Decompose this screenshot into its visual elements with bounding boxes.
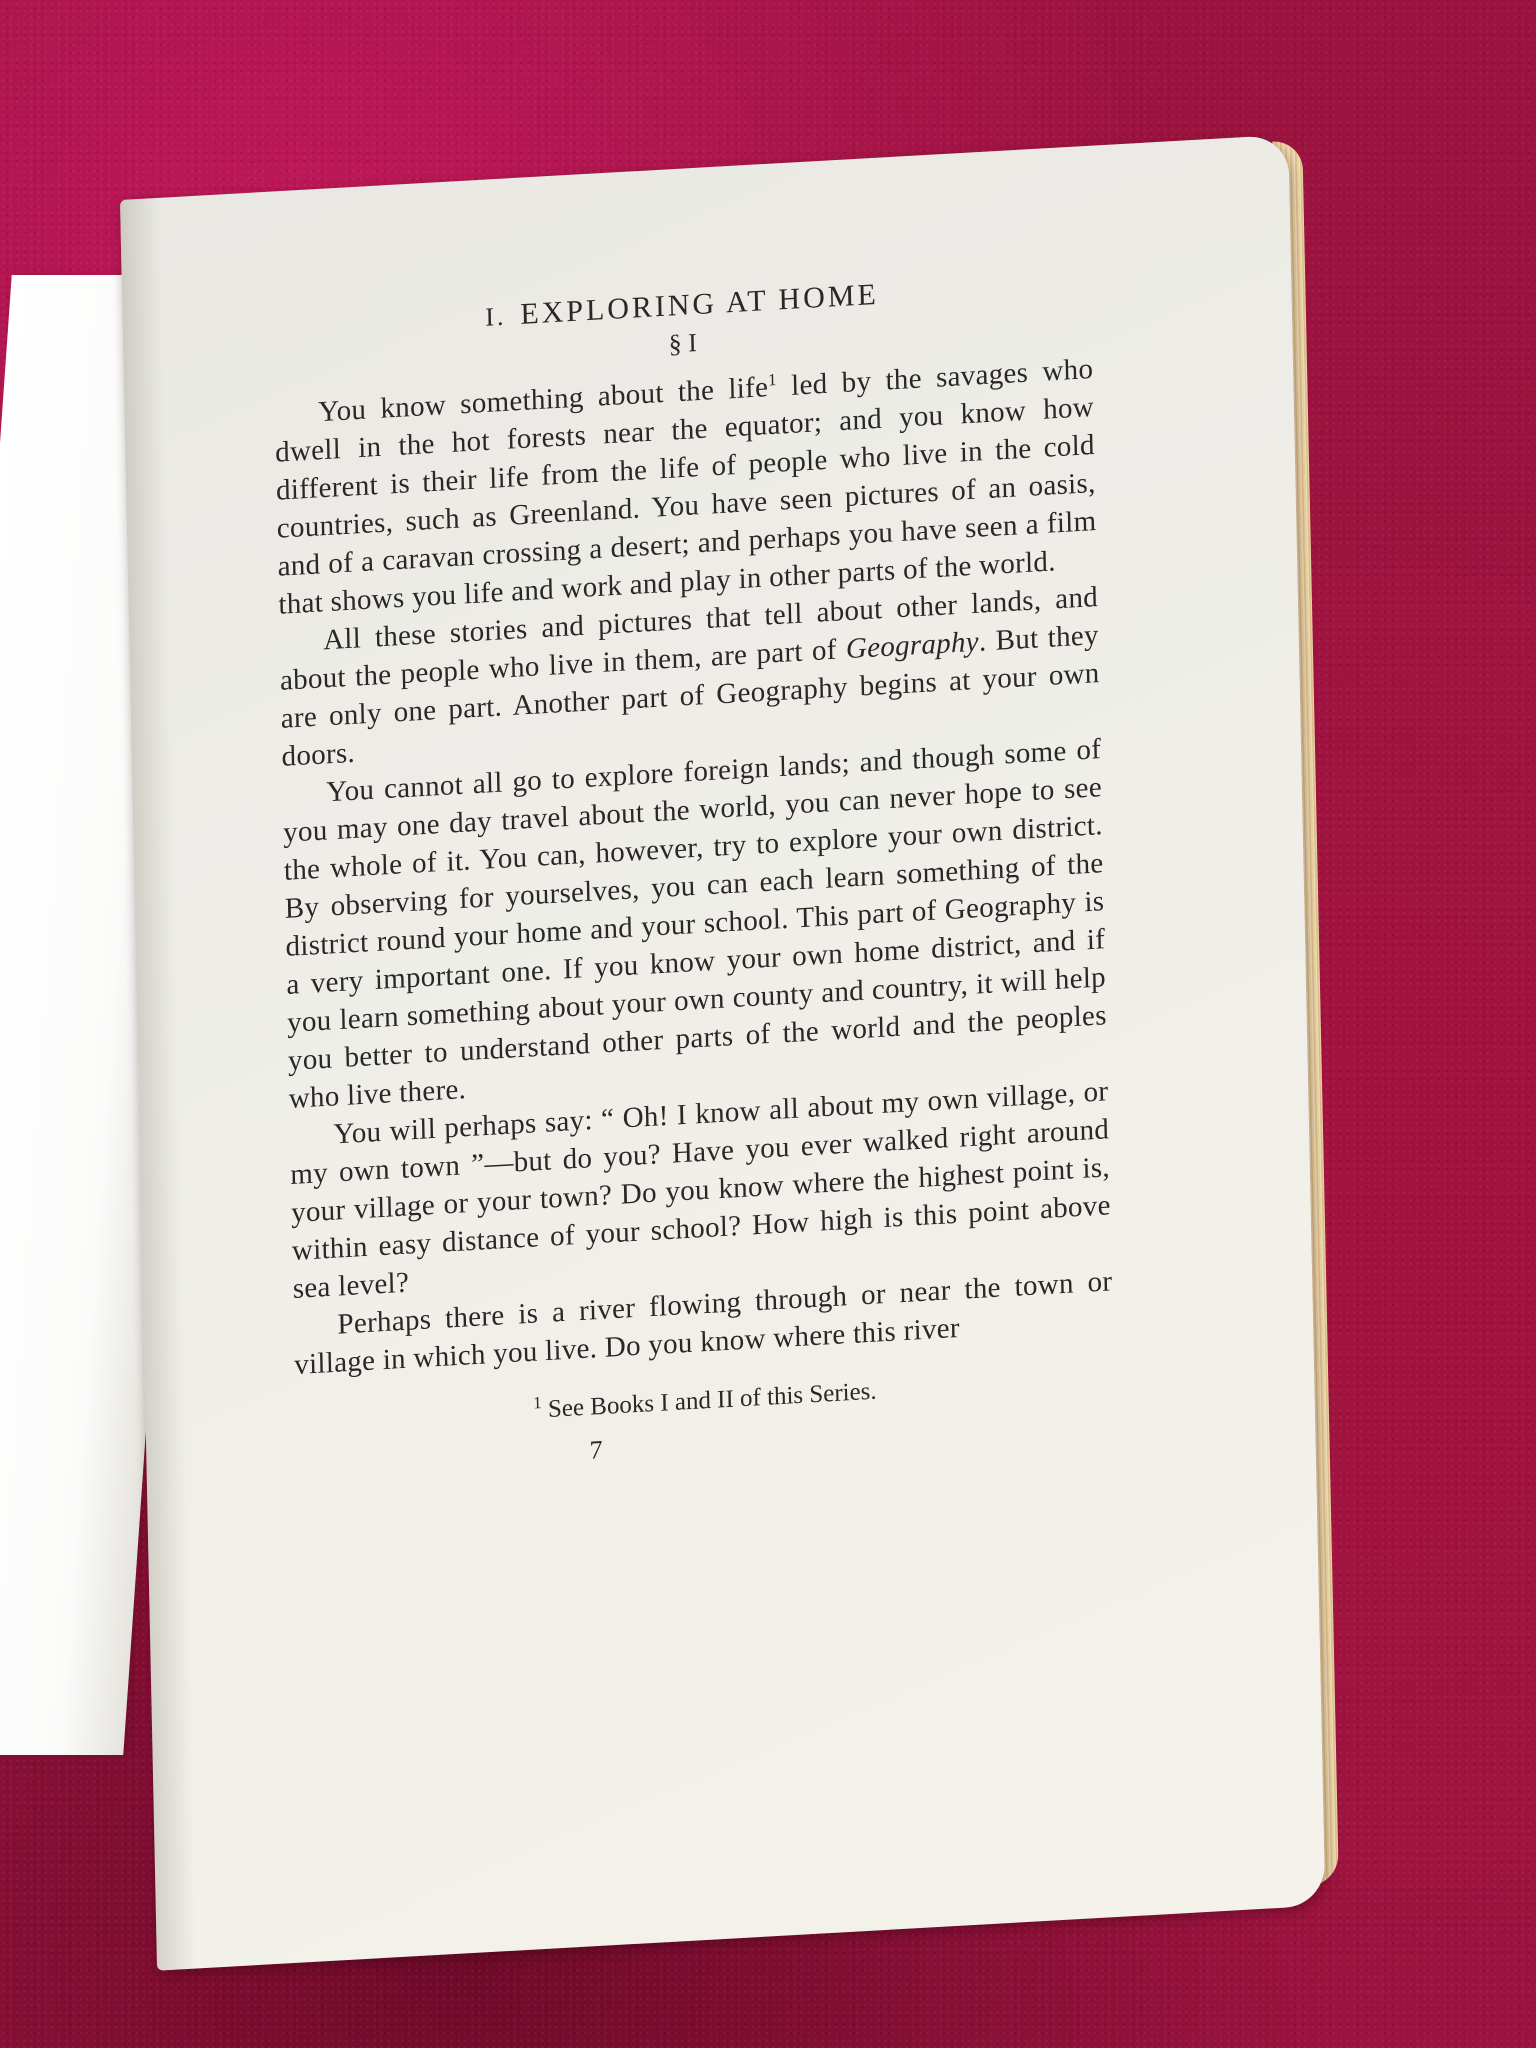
book-page: I.EXPLORING AT HOME § I You know somethi… — [120, 135, 1325, 1971]
footnote-text: See Books I and II of this Series. — [541, 1378, 876, 1424]
footnote-marker: 1 — [533, 1393, 542, 1412]
paragraph-3: You cannot all go to explore foreign lan… — [282, 730, 1108, 1118]
book: I.EXPLORING AT HOME § I You know somethi… — [120, 135, 1325, 1971]
emphasis-geography: Geography — [846, 626, 980, 665]
page-text-block: I.EXPLORING AT HOME § I You know somethi… — [272, 266, 1115, 1482]
paragraph-1: You know something about the life1 led b… — [274, 350, 1097, 624]
chapter-number: I. — [485, 302, 507, 332]
